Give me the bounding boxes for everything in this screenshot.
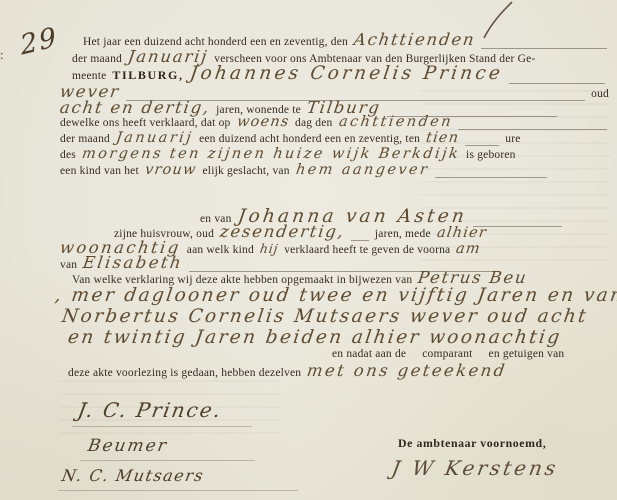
handwritten-witnesses-residence: en twintig Jaren beiden alhier woonachti… — [67, 327, 564, 348]
act-line-3: meente TILBURG, Johannes Cornelis Prince — [72, 63, 605, 84]
handwritten-of-declarant: hem aangever — [295, 162, 431, 178]
printed-text: meente — [72, 70, 106, 82]
signature-witness1: Beumer — [88, 436, 168, 456]
signature-witness2: N. C. Mutsaers — [62, 466, 204, 485]
handwritten-witness2-detail: Norbertus Cornelis Mutsaers wever oud ac… — [61, 306, 590, 327]
printed-text: des — [60, 149, 76, 161]
handwritten-declarant-name: Johannes Cornelis Prince — [188, 63, 504, 84]
act-line-6: dewelke ons heeft verklaard, dat op woen… — [60, 114, 607, 130]
margin-act-number: 29 — [18, 21, 60, 61]
signature-declarant: J. C. Prince. — [78, 398, 222, 422]
printed-text: dewelke ons heeft verklaard, dat op — [60, 117, 231, 129]
official-title-line: De ambtenaar voornoemd, — [398, 436, 546, 451]
printed-text: en getuigen van — [489, 348, 565, 360]
official-title: De ambtenaar voornoemd, — [398, 436, 546, 451]
printed-text: is geboren — [466, 149, 516, 161]
handwritten-witness1-detail: , mer daglooner oud twee en vijftig Jare… — [54, 285, 617, 306]
printed-text: een duizend acht honderd een en zeventig… — [199, 133, 420, 145]
printed-text: comparant — [422, 348, 472, 360]
printed-text: ure — [505, 133, 520, 145]
signature-rule — [58, 488, 298, 491]
act-line-9: een kind van het vrouw elijk geslacht, v… — [60, 162, 547, 178]
signature-rule — [72, 424, 252, 427]
printed-text: elijk geslacht, van — [203, 165, 290, 177]
handwritten-birth-day: achttienden — [337, 114, 453, 130]
signature-rule — [80, 458, 255, 461]
act-line-18: en nadat aan de comparant en getuigen va… — [332, 348, 564, 360]
printed-text: dag den — [295, 117, 332, 129]
blank-rule — [435, 174, 547, 178]
printed-text: en nadat aan de — [332, 348, 406, 360]
signature-prince: J. C. Prince. — [76, 398, 224, 422]
printed-text: oud — [591, 88, 609, 100]
margin-edge-mark: : — [0, 47, 4, 63]
municipality-name: TILBURG, — [112, 68, 183, 83]
handwritten-signed-note: met ons geteekend — [306, 361, 508, 380]
signature-beumer: Beumer — [86, 436, 169, 456]
printed-text: deze akte voorlezing is gedaan, hebben d… — [68, 367, 301, 379]
signature-kerstens: J W Kerstens — [390, 456, 561, 480]
act-line-19: deze akte voorlezing is gedaan, hebben d… — [68, 361, 597, 380]
handwritten-hour: tien — [425, 130, 460, 146]
act-line-16: Norbertus Cornelis Mutsaers wever oud ac… — [62, 306, 587, 327]
act-line-17: en twintig Jaren beiden alhier woonachti… — [68, 327, 577, 348]
handwritten-gender: vrouw — [144, 162, 198, 178]
signature-mutsaers: N. C. Mutsaers — [60, 466, 206, 485]
handwritten-birth-month: Januarij — [115, 130, 194, 146]
act-line-8: des morgens ten zijnen huize wijk Berkdi… — [60, 146, 603, 162]
registry-document-page: : 29 Het jaar een duizend acht honderd e… — [0, 0, 617, 500]
handwritten-birthplace: morgens ten zijnen huize wijk Berkdijk — [81, 146, 461, 162]
act-line-7: der maand Januarij een duizend acht hond… — [60, 130, 605, 146]
printed-text: der maand — [60, 133, 110, 145]
printed-text: een kind van het — [60, 165, 139, 177]
handwritten-weekday: woens — [235, 114, 290, 130]
act-line-15: , mer daglooner oud twee en vijftig Jare… — [55, 285, 605, 306]
signature-official: J W Kerstens — [392, 456, 558, 480]
